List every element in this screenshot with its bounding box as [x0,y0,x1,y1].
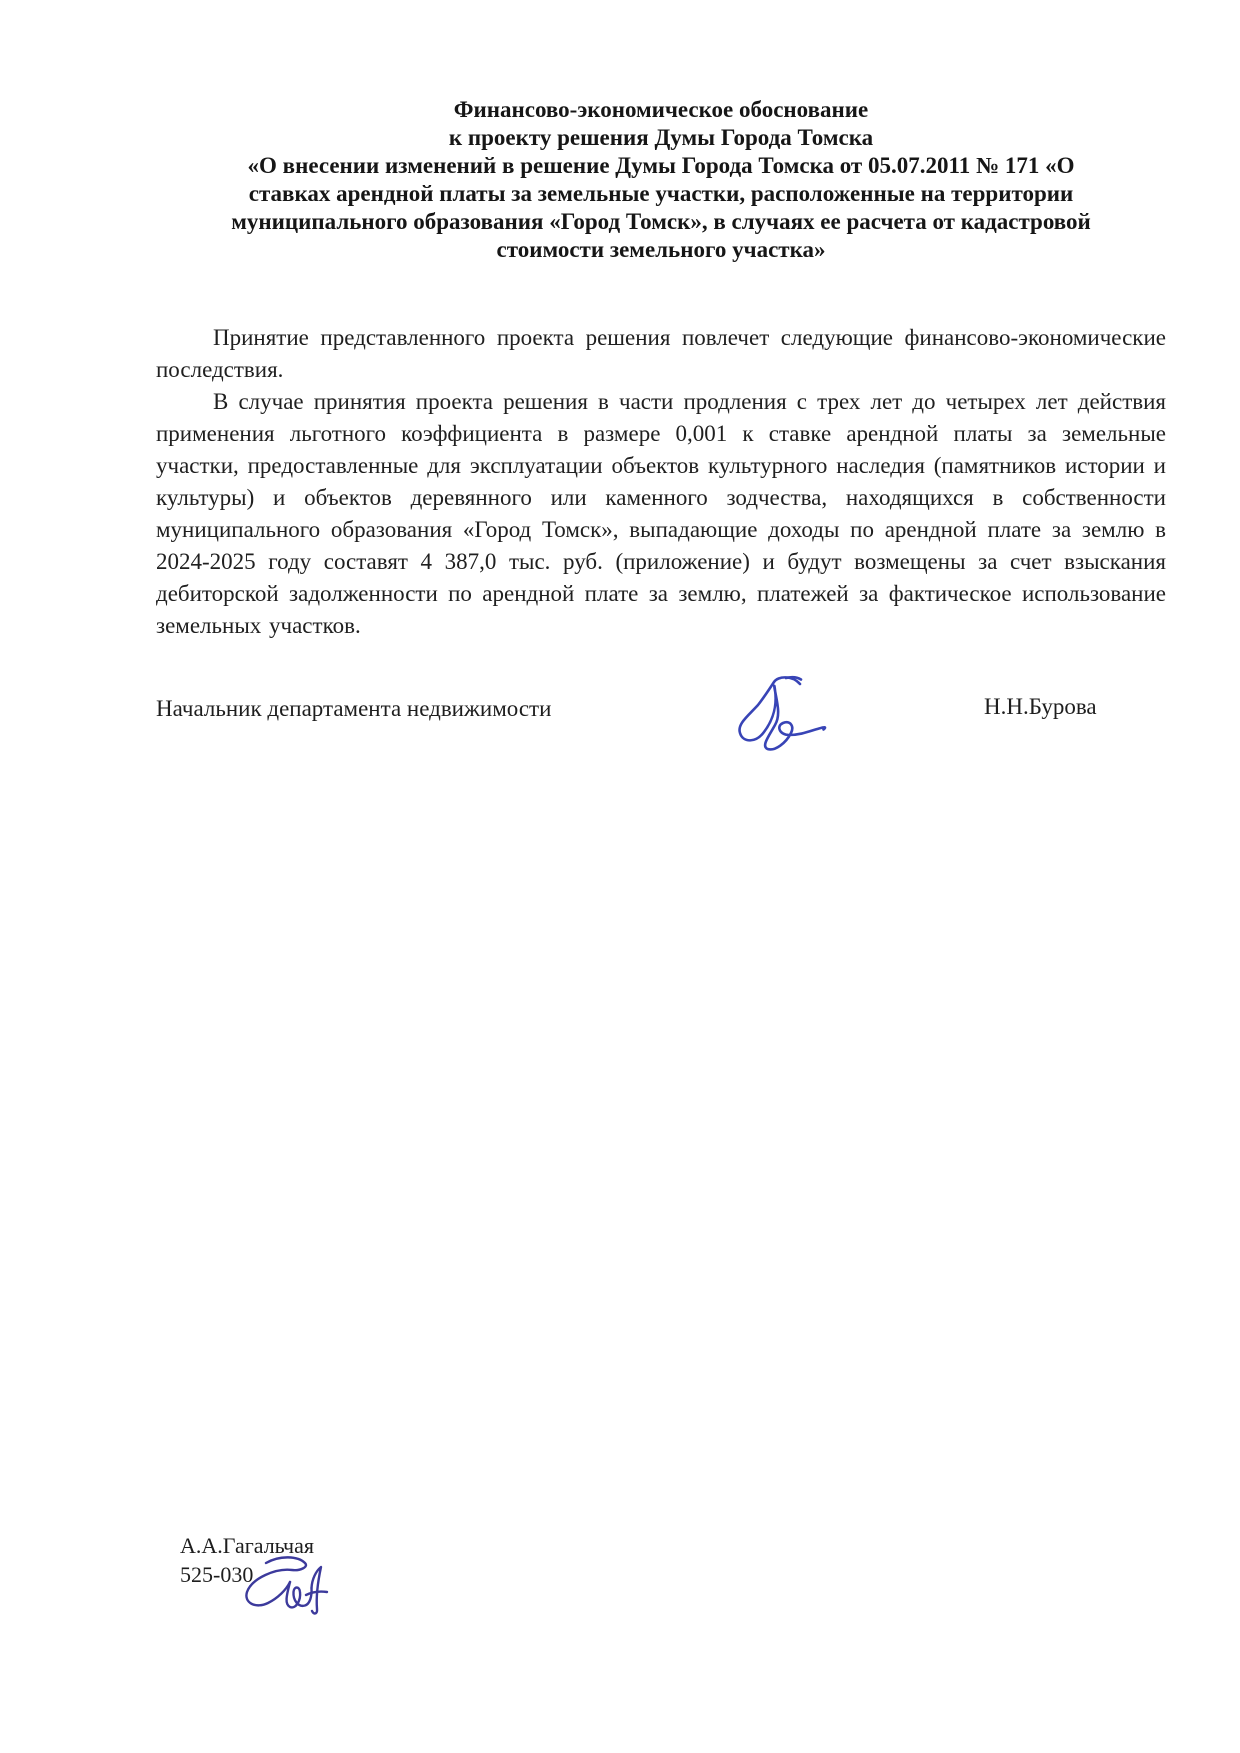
title-quoted-line-3: муниципального образования «Город Томск»… [156,208,1166,236]
gagalchaya-signature-icon [238,1551,338,1621]
signatory-name-label: Н.Н.Бурова [984,694,1097,720]
title-quoted-line-1: «О внесении изменений в решение Думы Гор… [156,152,1166,180]
scanned-document-page: Финансово-экономическое обоснование к пр… [0,0,1240,1753]
title-line-1: Финансово-экономическое обоснование [156,96,1166,124]
document-content: Финансово-экономическое обоснование к пр… [156,96,1166,642]
title-line-2: к проекту решения Думы Города Томска [156,124,1166,152]
paragraph-intro: Принятие представленного проекта решения… [156,322,1166,386]
signature-row: Начальник департамента недвижимости Н.Н.… [156,692,1166,802]
document-title: Финансово-экономическое обоснование к пр… [156,96,1166,264]
burova-signature-icon [724,664,846,756]
title-quoted-line-4: стоимости земельного участка» [156,236,1166,264]
paragraph-main: В случае принятия проекта решения в част… [156,386,1166,642]
executor-block: А.А.Гагальчая 525-030 [180,1531,314,1589]
signatory-position-label: Начальник департамента недвижимости [156,696,551,722]
title-quoted-line-2: ставках арендной платы за земельные учас… [156,180,1166,208]
